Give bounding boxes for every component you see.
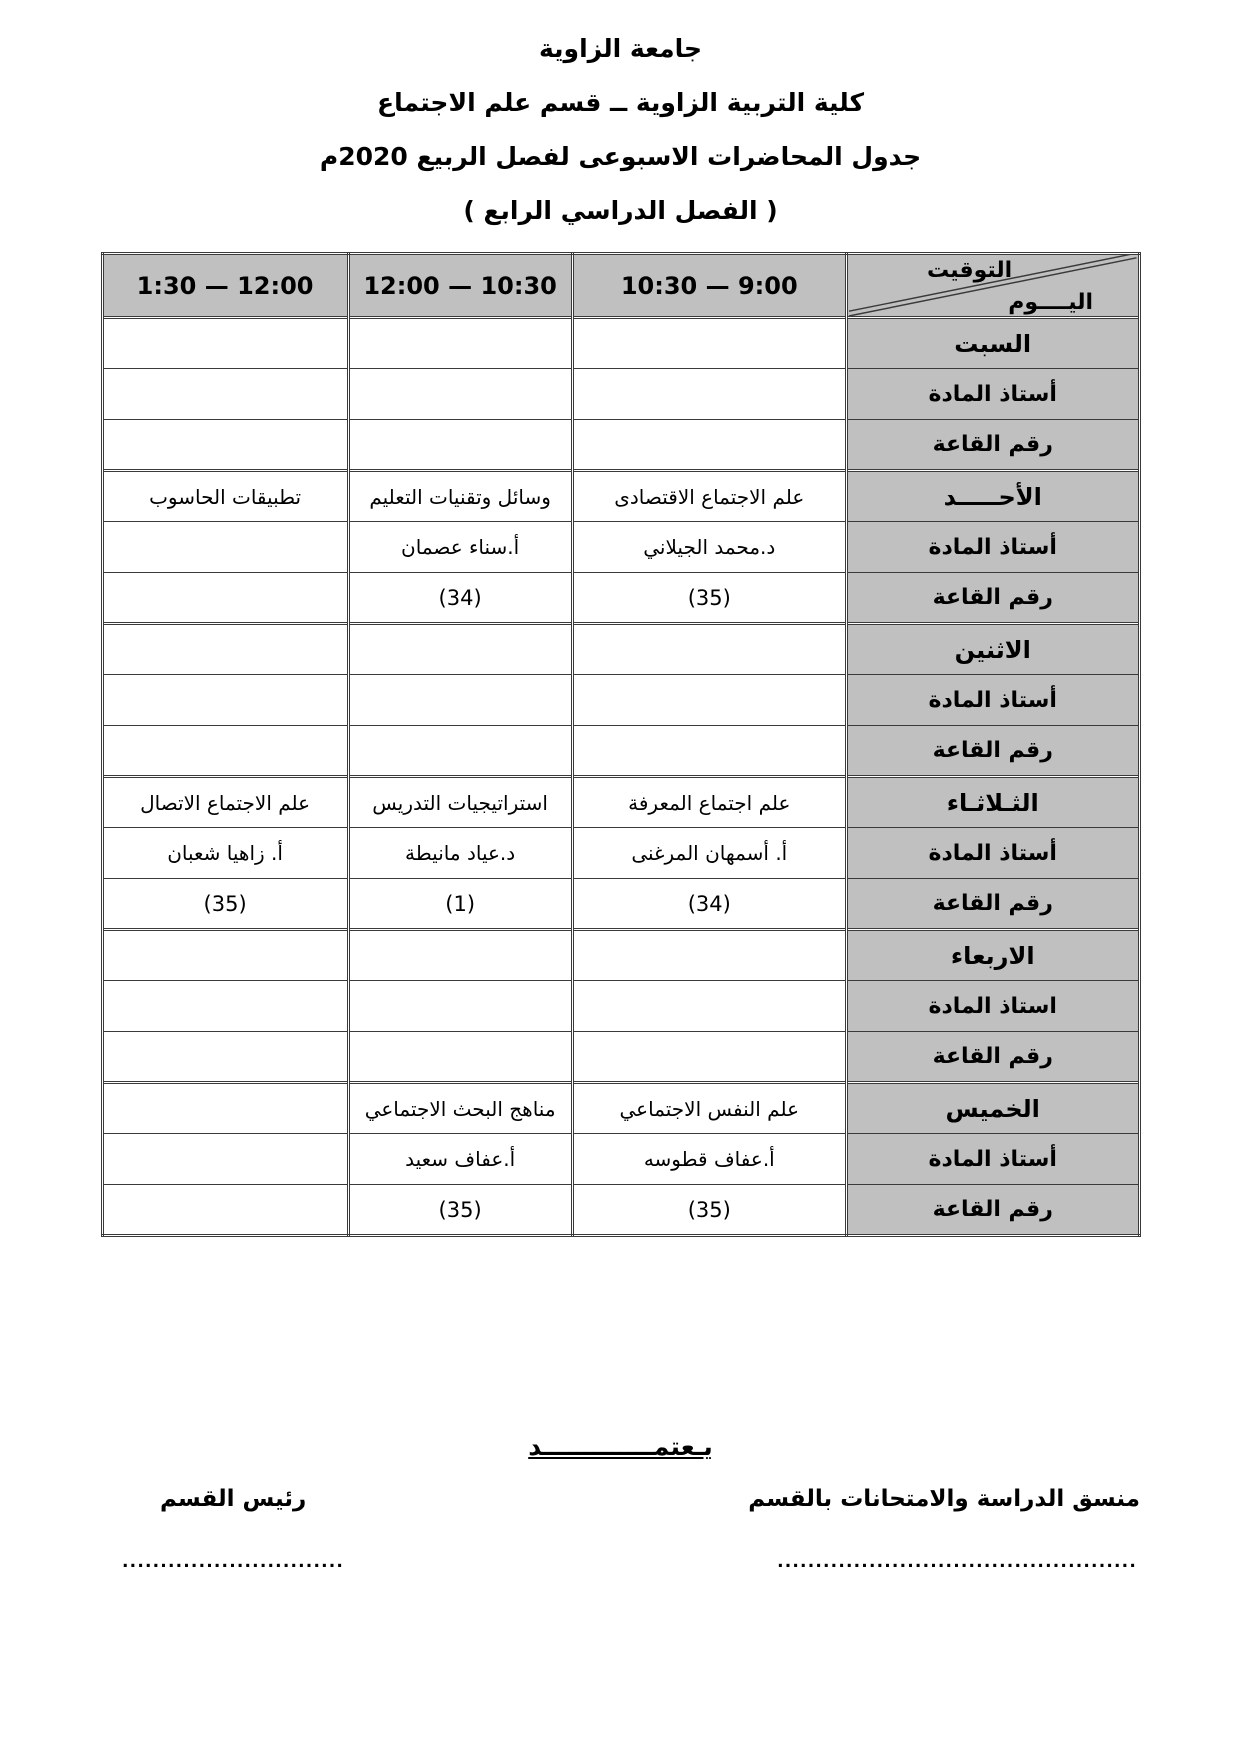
subject-cell: استراتيجيات التدريس [348, 777, 572, 828]
day-label-monday: الاثنين [846, 624, 1139, 675]
instructor-cell [102, 981, 348, 1032]
subject-cell: مناهج البحث الاجتماعي [348, 1083, 572, 1134]
room-row-label: رقم القاعة [846, 420, 1139, 471]
subject-cell: علم الاجتماع الاتصال [102, 777, 348, 828]
room-cell [102, 1032, 348, 1083]
subject-cell: علم النفس الاجتماعي [572, 1083, 846, 1134]
instructor-cell: أ.عفاف سعيد [348, 1134, 572, 1185]
coordinator-signature-title: منسق الدراسة والامتحانات بالقسم [748, 1486, 1140, 1512]
instructor-row-label: أستاذ المادة [846, 675, 1139, 726]
room-cell [572, 420, 846, 471]
room-cell: (35) [572, 573, 846, 624]
instructor-row-label: أستاذ المادة [846, 1134, 1139, 1185]
room-cell: (34) [572, 879, 846, 930]
day-label-saturday: السبت [846, 318, 1139, 369]
department-head-signature-title: رئيس القسم [160, 1486, 306, 1512]
room-cell [572, 726, 846, 777]
subject-cell: تطبيقات الحاسوب [102, 471, 348, 522]
table-row: الاثنين [102, 624, 1139, 675]
table-row: الخميس علم النفس الاجتماعي مناهج البحث ا… [102, 1083, 1139, 1134]
subject-cell [102, 1083, 348, 1134]
instructor-cell: أ.عفاف قطوسه [572, 1134, 846, 1185]
table-row: رقم القاعة (35) (34) [102, 573, 1139, 624]
instructor-cell: أ.سناء عصمان [348, 522, 572, 573]
corner-cell: التوقيت اليــــوم [846, 254, 1139, 318]
instructor-cell [102, 675, 348, 726]
room-row-label: رقم القاعة [846, 573, 1139, 624]
corner-day-label: اليــــوم [1008, 290, 1093, 315]
instructor-cell: د.عياد مانيطة [348, 828, 572, 879]
instructor-cell: د.محمد الجيلاني [572, 522, 846, 573]
faculty-department-title: كلية التربية الزاوية ــ قسم علم الاجتماع [0, 90, 1241, 115]
room-row-label: رقم القاعة [846, 879, 1139, 930]
instructor-row-label: أستاذ المادة [846, 522, 1139, 573]
instructor-cell [572, 369, 846, 420]
subject-cell [348, 930, 572, 981]
instructor-cell [102, 369, 348, 420]
schedule-table: التوقيت اليــــوم 9:00 — 10:30 10:30 — 1… [101, 252, 1141, 1237]
instructor-row-label: استاذ المادة [846, 981, 1139, 1032]
corner-timing-label: التوقيت [927, 258, 1012, 283]
coordinator-signature-line: ........................................… [777, 1552, 1137, 1572]
approval-word: يـعتمـــــــــــــد [0, 1432, 1241, 1461]
room-cell: (1) [348, 879, 572, 930]
time-slot-1: 9:00 — 10:30 [572, 254, 846, 318]
time-slot-2: 10:30 — 12:00 [348, 254, 572, 318]
instructor-cell [348, 369, 572, 420]
document-header: جامعة الزاوية كلية التربية الزاوية ــ قس… [0, 0, 1241, 223]
table-row: الأحـــــد علم الاجتماع الاقتصادى وسائل … [102, 471, 1139, 522]
subject-cell [348, 624, 572, 675]
room-cell: (34) [348, 573, 572, 624]
room-cell: (35) [572, 1185, 846, 1236]
day-label-sunday: الأحـــــد [846, 471, 1139, 522]
time-slot-3: 12:00 — 1:30 [102, 254, 348, 318]
instructor-row-label: أستاذ المادة [846, 828, 1139, 879]
instructor-row-label: أستاذ المادة [846, 369, 1139, 420]
table-row: رقم القاعة [102, 1032, 1139, 1083]
table-row: أستاذ المادة أ. أسمهان المرغنى د.عياد ما… [102, 828, 1139, 879]
table-row: أستاذ المادة [102, 675, 1139, 726]
subject-cell [102, 624, 348, 675]
subject-cell [102, 318, 348, 369]
document-page: جامعة الزاوية كلية التربية الزاوية ــ قس… [0, 0, 1241, 1754]
room-row-label: رقم القاعة [846, 1185, 1139, 1236]
table-row: أستاذ المادة [102, 369, 1139, 420]
day-label-wednesday: الاربعاء [846, 930, 1139, 981]
table-row: الاربعاء [102, 930, 1139, 981]
day-label-thursday: الخميس [846, 1083, 1139, 1134]
room-cell [348, 726, 572, 777]
instructor-cell [102, 1134, 348, 1185]
university-title: جامعة الزاوية [0, 36, 1241, 61]
instructor-cell [348, 675, 572, 726]
room-cell [572, 1032, 846, 1083]
subject-cell [572, 318, 846, 369]
room-cell [348, 420, 572, 471]
instructor-cell [572, 981, 846, 1032]
room-cell [102, 420, 348, 471]
table-row: السبت [102, 318, 1139, 369]
table-header-row: التوقيت اليــــوم 9:00 — 10:30 10:30 — 1… [102, 254, 1139, 318]
schedule-title: جدول المحاضرات الاسبوعى لفصل الربيع 2020… [0, 144, 1241, 169]
table-row: رقم القاعة (34) (1) (35) [102, 879, 1139, 930]
room-cell [102, 726, 348, 777]
room-cell: (35) [348, 1185, 572, 1236]
subject-cell: علم اجتماع المعرفة [572, 777, 846, 828]
subject-cell [348, 318, 572, 369]
instructor-cell [572, 675, 846, 726]
instructor-cell: أ. أسمهان المرغنى [572, 828, 846, 879]
table-row: الثـلاثـاء علم اجتماع المعرفة استراتيجيا… [102, 777, 1139, 828]
table-row: رقم القاعة [102, 726, 1139, 777]
room-row-label: رقم القاعة [846, 726, 1139, 777]
subject-cell [572, 624, 846, 675]
table-row: استاذ المادة [102, 981, 1139, 1032]
instructor-cell [102, 522, 348, 573]
subject-cell [572, 930, 846, 981]
room-cell [102, 1185, 348, 1236]
room-cell [348, 1032, 572, 1083]
table-row: رقم القاعة [102, 420, 1139, 471]
semester-subtitle: ( الفصل الدراسي الرابع ) [0, 198, 1241, 223]
subject-cell [102, 930, 348, 981]
room-cell: (35) [102, 879, 348, 930]
department-head-signature-line: ............................. [122, 1552, 344, 1572]
table-row: أستاذ المادة د.محمد الجيلاني أ.سناء عصما… [102, 522, 1139, 573]
room-cell [102, 573, 348, 624]
instructor-cell [348, 981, 572, 1032]
subject-cell: علم الاجتماع الاقتصادى [572, 471, 846, 522]
table-row: رقم القاعة (35) (35) [102, 1185, 1139, 1236]
day-label-tuesday: الثـلاثـاء [846, 777, 1139, 828]
table-row: أستاذ المادة أ.عفاف قطوسه أ.عفاف سعيد [102, 1134, 1139, 1185]
room-row-label: رقم القاعة [846, 1032, 1139, 1083]
instructor-cell: أ. زاهيا شعبان [102, 828, 348, 879]
subject-cell: وسائل وتقنيات التعليم [348, 471, 572, 522]
